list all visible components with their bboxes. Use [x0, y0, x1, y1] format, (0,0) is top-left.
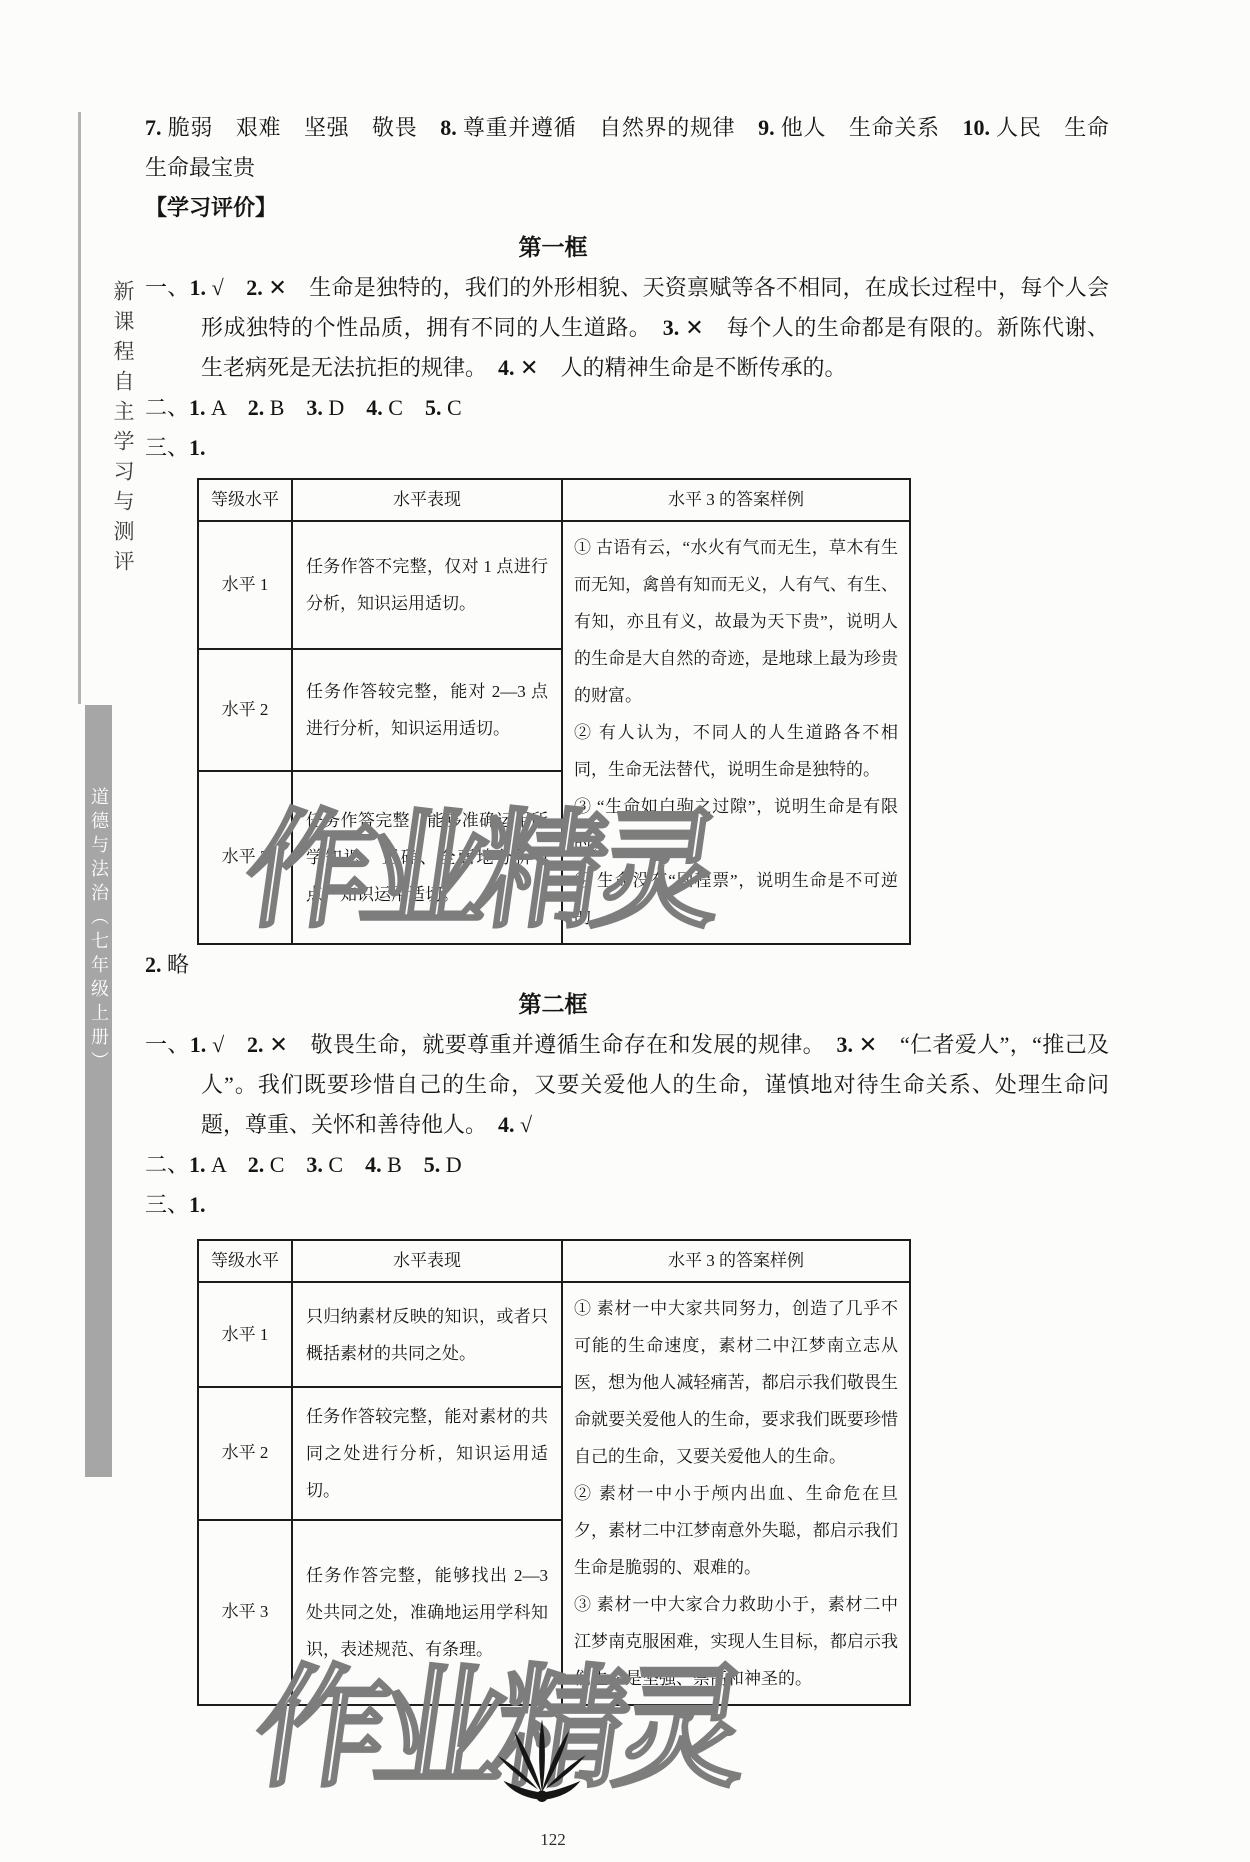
sample-answer-item: ② 素材一中小于颅内出血、生命危在旦夕，素材二中江梦南意外失聪，都启示我们生命是… [574, 1475, 898, 1586]
header-performance: 水平表现 [292, 1240, 562, 1282]
table-row: 水平 1 只归纳素材反映的知识，或者只概括素材的共同之处。 ① 素材一中大家共同… [198, 1282, 910, 1387]
fill-in-answers-line: 7. 脆弱 艰难 坚强 敬畏 8. 尊重并遵循 自然界的规律 9. 他人 生命关… [145, 108, 1109, 188]
sample-answer-item: ③ “生命如白驹之过隙”，说明生命是有限的。 [574, 788, 898, 862]
rubric-table-frame1: 等级水平 水平表现 水平 3 的答案样例 水平 1 任务作答不完整，仅对 1 点… [197, 478, 911, 945]
level-cell: 水平 3 [198, 1520, 292, 1705]
header-performance: 水平表现 [292, 479, 562, 521]
sidebar-book-title: 道德与法治（七年级上册） [85, 787, 112, 1075]
header-sample-answer: 水平 3 的答案样例 [562, 1240, 910, 1282]
frame1-choice-answers: 二、1. A 2. B 3. D 4. C 5. C [145, 388, 1109, 428]
level-cell: 水平 1 [198, 1282, 292, 1387]
level-cell: 水平 2 [198, 649, 292, 771]
performance-cell: 任务作答不完整，仅对 1 点进行分析，知识运用适切。 [292, 521, 562, 649]
scanned-answer-page: 新课程自主学习与测评 道德与法治（七年级上册） 7. 脆弱 艰难 坚强 敬畏 8… [0, 0, 1250, 1862]
sample-answers-cell: ① 古语有云，“水火有气而无生，草木有生而无知，禽兽有知而无义，人有气、有生、有… [562, 521, 910, 944]
level-cell: 水平 2 [198, 1387, 292, 1519]
answer-content: 7. 脆弱 艰难 坚强 敬畏 8. 尊重并遵循 自然界的规律 9. 他人 生命关… [145, 108, 1109, 1706]
sidebar-book-band: 道德与法治（七年级上册） [85, 705, 112, 1477]
sample-answer-item: ④ 生命没有“回程票”，说明生命是不可逆的。 [574, 862, 898, 936]
performance-cell: 任务作答较完整，能对素材的共同之处进行分析，知识运用适切。 [292, 1387, 562, 1519]
frame1-question2-note: 2. 略 [145, 945, 1109, 985]
frame2-question3-label: 三、1. [145, 1185, 1109, 1225]
frame2-true-false-answers: 一、1. √ 2. ✕ 敬畏生命，就要尊重并遵循生命存在和发展的规律。 3. ✕… [145, 1025, 1109, 1145]
level-cell: 水平 3 [198, 771, 292, 944]
sample-answer-item: ① 古语有云，“水火有气而无生，草木有生而无知，禽兽有知而无义，人有气、有生、有… [574, 529, 898, 714]
frame1-question3-label: 三、1. [145, 428, 1109, 468]
sample-answer-item: ① 素材一中大家共同努力，创造了几乎不可能的生命速度，素材二中江梦南立志从医，想… [574, 1290, 898, 1475]
sample-answers-cell: ① 素材一中大家共同努力，创造了几乎不可能的生命速度，素材二中江梦南立志从医，想… [562, 1282, 910, 1705]
performance-cell: 只归纳素材反映的知识，或者只概括素材的共同之处。 [292, 1282, 562, 1387]
frame2-choice-answers: 二、1. A 2. C 3. C 4. B 5. D [145, 1145, 1109, 1185]
performance-cell: 任务作答较完整，能对 2—3 点进行分析，知识运用适切。 [292, 649, 562, 771]
sample-answer-item: ② 有人认为，不同人的人生道路各不相同，生命无法替代，说明生命是独特的。 [574, 714, 898, 788]
frame1-heading: 第一框 [197, 228, 909, 268]
frame1-true-false-answers: 一、1. √ 2. ✕ 生命是独特的，我们的外形相貌、天资禀赋等各不相同，在成长… [145, 268, 1109, 388]
header-level: 等级水平 [198, 479, 292, 521]
sample-answer-item: ③ 素材一中大家合力救助小于，素材二中江梦南克服困难，实现人生目标，都启示我们生… [574, 1586, 898, 1697]
performance-cell: 任务作答完整，能够准确运用所学知识，正确、全面地分析 4 点，知识运用适切。 [292, 771, 562, 944]
performance-cell: 任务作答完整，能够找出 2—3 处共同之处，准确地运用学科知识，表述规范、有条理… [292, 1520, 562, 1705]
leaf-ornament-icon [494, 1700, 590, 1806]
section-label: 【学习评价】 [145, 188, 1109, 228]
sidebar-series-title: 新课程自主学习与测评 [96, 280, 138, 580]
rubric-header-row: 等级水平 水平表现 水平 3 的答案样例 [198, 479, 910, 521]
header-level: 等级水平 [198, 1240, 292, 1282]
header-sample-answer: 水平 3 的答案样例 [562, 479, 910, 521]
rubric-table-frame2: 等级水平 水平表现 水平 3 的答案样例 水平 1 只归纳素材反映的知识，或者只… [197, 1239, 911, 1706]
sidebar-rule [78, 112, 81, 704]
table-row: 水平 1 任务作答不完整，仅对 1 点进行分析，知识运用适切。 ① 古语有云，“… [198, 521, 910, 649]
rubric-header-row: 等级水平 水平表现 水平 3 的答案样例 [198, 1240, 910, 1282]
frame2-heading: 第二框 [197, 985, 909, 1025]
level-cell: 水平 1 [198, 521, 292, 649]
page-number: 122 [478, 1830, 628, 1850]
